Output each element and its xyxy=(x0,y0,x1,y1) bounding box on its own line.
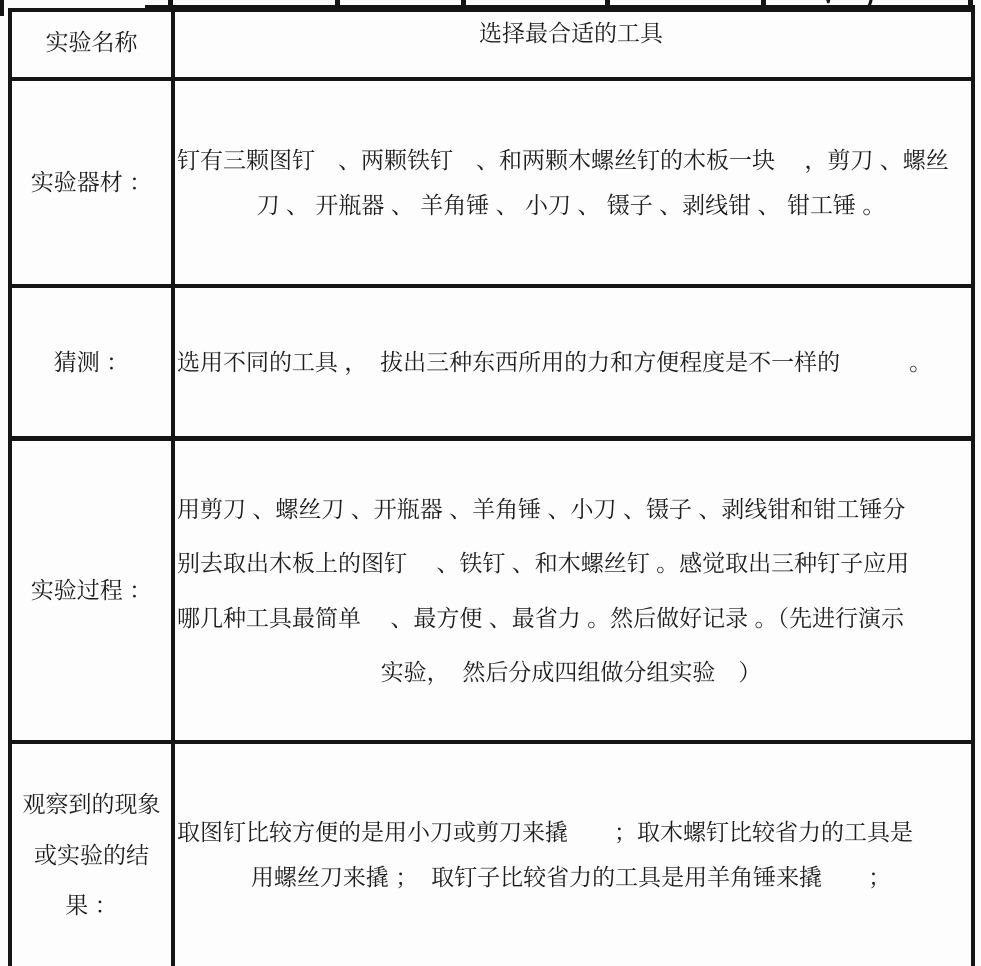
content-line: 实验， 然后分成四组做分组实验 ） xyxy=(177,645,965,699)
row-label-text: 果 ： xyxy=(65,880,117,931)
row-procedure: 实验过程 ： 用剪刀 、螺丝刀 、开瓶器 、羊角锤 、小刀 、镊子 、剥线钳和钳… xyxy=(12,441,971,744)
cell-divider-tick xyxy=(168,0,173,6)
row-label-text: 实验器材 ： xyxy=(31,157,152,208)
row-content: 取图钉比较方便的是用小刀或剪刀来撬 ；取木螺钉比较省力的工具是 用螺丝刀来撬 ；… xyxy=(175,744,971,966)
row-label: 猜测 ： xyxy=(12,288,175,436)
row-guess: 猜测 ： 选用不同的工具 ， 拔出三种东西所用的力和方便程度是不一样的 。 xyxy=(12,288,971,441)
cell-divider-tick xyxy=(605,0,610,6)
row-content: 钉有三颗图钉 、两颗铁钉 、和两颗木螺丝钉的木板一块 ，剪刀 、螺丝 刀 、 开… xyxy=(175,81,971,284)
row-results: 观察到的现象 或实验的结 果 ： 取图钉比较方便的是用小刀或剪刀来撬 ；取木螺钉… xyxy=(12,744,971,966)
content-line: 取图钉比较方便的是用小刀或剪刀来撬 ；取木螺钉比较省力的工具是 xyxy=(177,810,965,855)
document-page: √ ) 实验名称 选择最合适的工具 实验器材 ： 钉有三颗图钉 、两颗铁钉 、和… xyxy=(0,0,981,966)
cell-divider-tick xyxy=(968,0,973,6)
content-line: 用螺丝刀来撬 ； 取钉子比较省力的工具是用羊角锤来撬 ； xyxy=(177,855,965,900)
row-label: 实验过程 ： xyxy=(12,441,175,740)
content-line: 用剪刀 、螺丝刀 、开瓶器 、羊角锤 、小刀 、镊子 、剥线钳和钳工锤分 xyxy=(177,482,965,536)
experiment-worksheet-table: 实验名称 选择最合适的工具 实验器材 ： 钉有三颗图钉 、两颗铁钉 、和两颗木螺… xyxy=(8,8,975,966)
content-line: 刀 、 开瓶器 、 羊角锤 、 小刀 、 镊子 、剥线钳 、 钳工锤 。 xyxy=(177,183,965,228)
row-content: 选用不同的工具 ， 拔出三种东西所用的力和方便程度是不一样的 。 xyxy=(175,288,971,436)
row-experiment-name: 实验名称 选择最合适的工具 xyxy=(12,12,971,81)
row-label-text: 猜测 ： xyxy=(54,337,129,388)
cell-divider-tick xyxy=(335,0,340,6)
row-content: 选择最合适的工具 xyxy=(175,12,971,77)
previous-row-bottom-border xyxy=(145,5,975,8)
top-crop-remnant: √ ) xyxy=(0,0,981,8)
row-label-text: 实验名称 xyxy=(46,17,138,68)
row-label: 观察到的现象 或实验的结 果 ： xyxy=(12,744,175,966)
row-label-text: 实验过程 ： xyxy=(31,565,152,616)
row-label: 实验器材 ： xyxy=(12,81,175,284)
content-line: 别去取出木板上的图钉 、铁钉 、和木螺丝钉 。感觉取出三种钉子应用 xyxy=(177,536,965,590)
content-line: 选用不同的工具 ， 拔出三种东西所用的力和方便程度是不一样的 。 xyxy=(177,340,965,385)
row-label-text: 观察到的现象 xyxy=(23,779,161,830)
cell-divider-tick xyxy=(461,0,466,6)
row-equipment: 实验器材 ： 钉有三颗图钉 、两颗铁钉 、和两颗木螺丝钉的木板一块 ，剪刀 、螺… xyxy=(12,81,971,288)
cell-divider-tick xyxy=(761,0,766,6)
content-line: 哪几种工具最简单 、最方便 、最省力 。然后做好记录 。（先进行演示 xyxy=(177,591,965,645)
content-line: 钉有三颗图钉 、两颗铁钉 、和两颗木螺丝钉的木板一块 ，剪刀 、螺丝 xyxy=(177,138,965,183)
row-label-text: 或实验的结 xyxy=(34,830,149,881)
row-content: 用剪刀 、螺丝刀 、开瓶器 、羊角锤 、小刀 、镊子 、剥线钳和钳工锤分 别去取… xyxy=(175,441,971,740)
content-line: 选择最合适的工具 xyxy=(177,17,965,49)
row-label: 实验名称 xyxy=(12,12,175,77)
